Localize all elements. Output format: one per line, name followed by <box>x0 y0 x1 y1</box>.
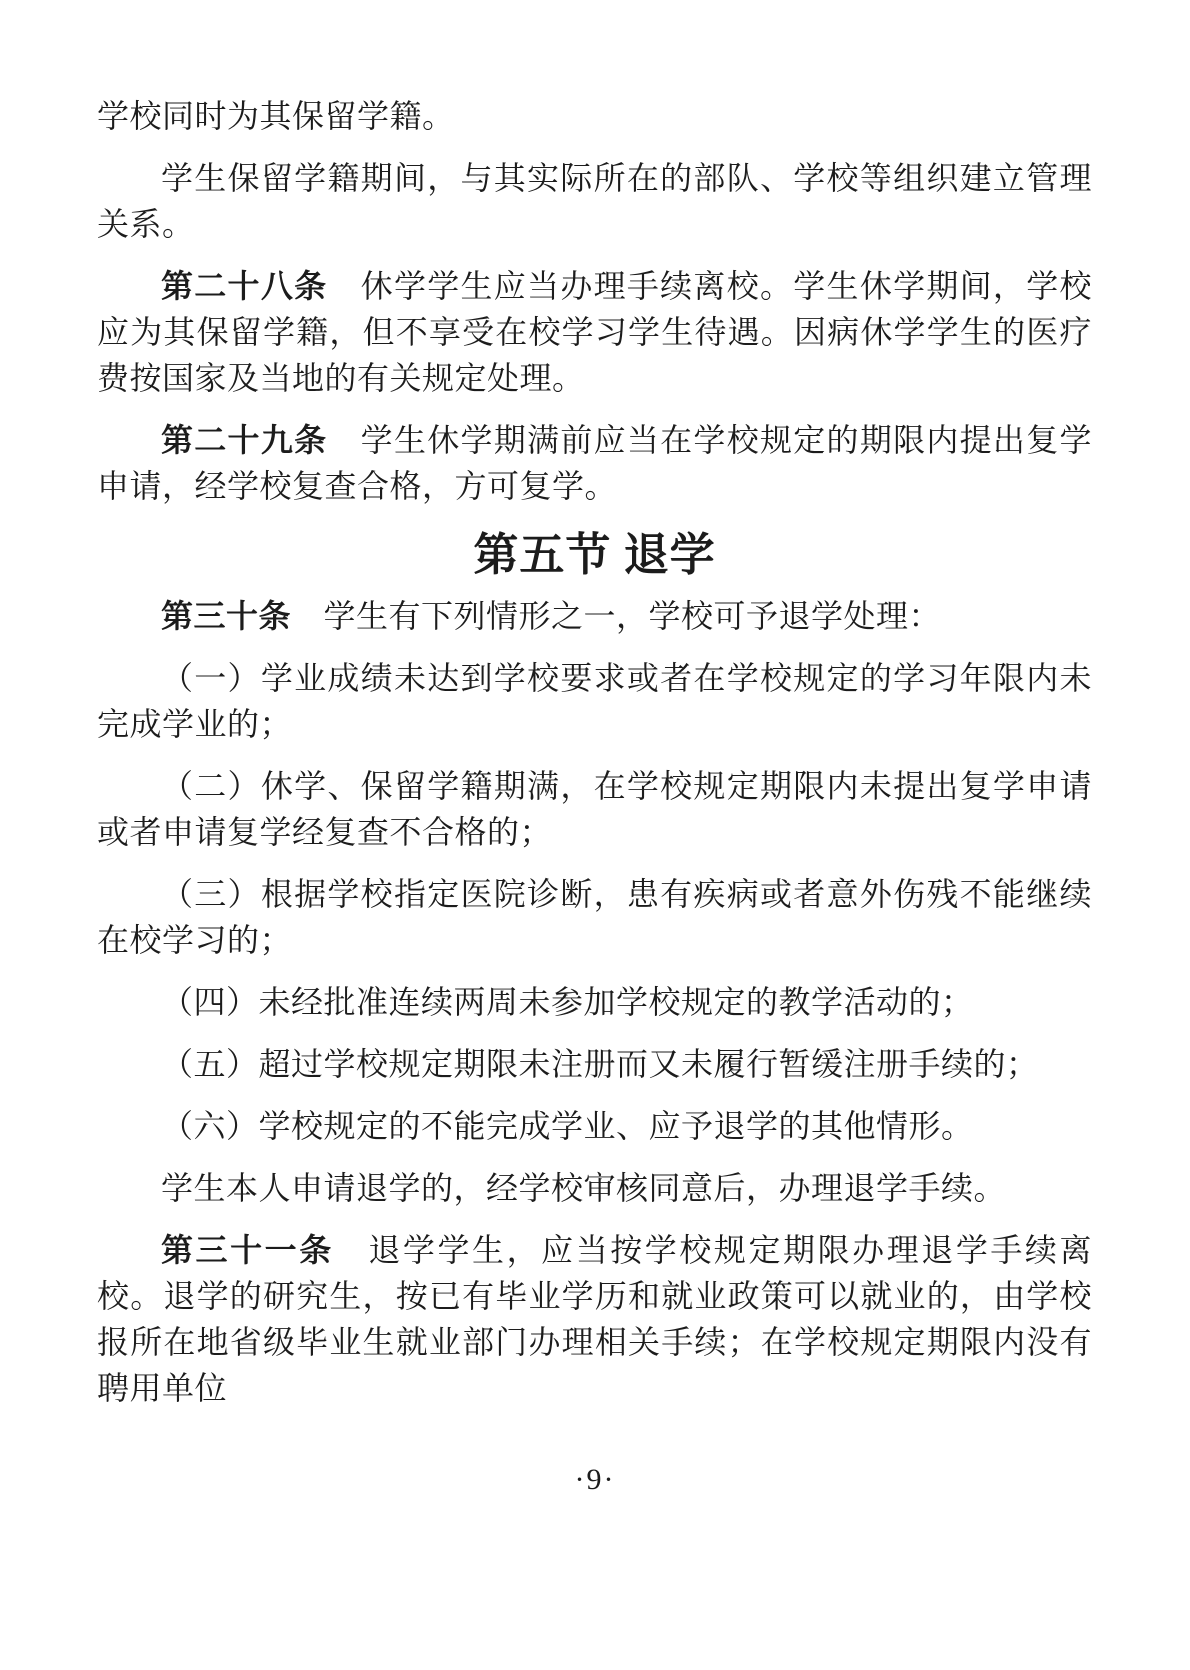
page-number: ·9· <box>0 1462 1190 1498</box>
list-item: （六）学校规定的不能完成学业、应予退学的其他情形。 <box>97 1103 1092 1149</box>
list-item: （四）未经批准连续两周未参加学校规定的教学活动的； <box>97 979 1092 1025</box>
paragraph: 学校同时为其保留学籍。 <box>97 93 1092 139</box>
paragraph: 第二十八条 休学学生应当办理手续离校。学生休学期间，学校应为其保留学籍，但不享受… <box>97 263 1092 401</box>
paragraph-text: 学生本人申请退学的，经学校审核同意后，办理退学手续。 <box>161 1170 1006 1206</box>
article-number: 第三十一条 <box>161 1232 334 1268</box>
paragraph: 第三十条 学生有下列情形之一，学校可予退学处理： <box>97 593 1092 639</box>
article-number: 第二十八条 <box>161 268 327 304</box>
paragraph: 第二十九条 学生休学期满前应当在学校规定的期限内提出复学申请，经学校复查合格，方… <box>97 417 1092 509</box>
article-number: 第三十条 <box>161 598 291 634</box>
paragraph-text: 学校同时为其保留学籍。 <box>97 98 455 134</box>
paragraph-text: （六）学校规定的不能完成学业、应予退学的其他情形。 <box>161 1108 974 1144</box>
article-number: 第二十九条 <box>161 422 327 458</box>
list-item: （三）根据学校指定医院诊断，患有疾病或者意外伤残不能继续在校学习的； <box>97 871 1092 963</box>
paragraph-text: 学生保留学籍期间，与其实际所在的部队、学校等组织建立管理关系。 <box>97 160 1092 242</box>
paragraph-text: （三）根据学校指定医院诊断，患有疾病或者意外伤残不能继续在校学习的； <box>97 876 1092 958</box>
paragraph-text: （五）超过学校规定期限未注册而又未履行暂缓注册手续的； <box>161 1046 1039 1082</box>
paragraph-text: （二）休学、保留学籍期满，在学校规定期限内未提出复学申请或者申请复学经复查不合格… <box>97 768 1092 850</box>
document-page: 学校同时为其保留学籍。 学生保留学籍期间，与其实际所在的部队、学校等组织建立管理… <box>0 0 1190 1670</box>
list-item: （一）学业成绩未达到学校要求或者在学校规定的学习年限内未完成学业的； <box>97 655 1092 747</box>
list-item: （五）超过学校规定期限未注册而又未履行暂缓注册手续的； <box>97 1041 1092 1087</box>
section-heading: 第五节 退学 <box>97 525 1092 585</box>
paragraph: 第三十一条 退学学生，应当按学校规定期限办理退学手续离校。退学的研究生，按已有毕… <box>97 1227 1092 1411</box>
list-item: （二）休学、保留学籍期满，在学校规定期限内未提出复学申请或者申请复学经复查不合格… <box>97 763 1092 855</box>
paragraph-text: 学生有下列情形之一，学校可予退学处理： <box>291 598 941 634</box>
paragraph: 学生本人申请退学的，经学校审核同意后，办理退学手续。 <box>97 1165 1092 1211</box>
paragraph-text: （一）学业成绩未达到学校要求或者在学校规定的学习年限内未完成学业的； <box>97 660 1092 742</box>
paragraph: 学生保留学籍期间，与其实际所在的部队、学校等组织建立管理关系。 <box>97 155 1092 247</box>
paragraph-text: （四）未经批准连续两周未参加学校规定的教学活动的； <box>161 984 974 1020</box>
